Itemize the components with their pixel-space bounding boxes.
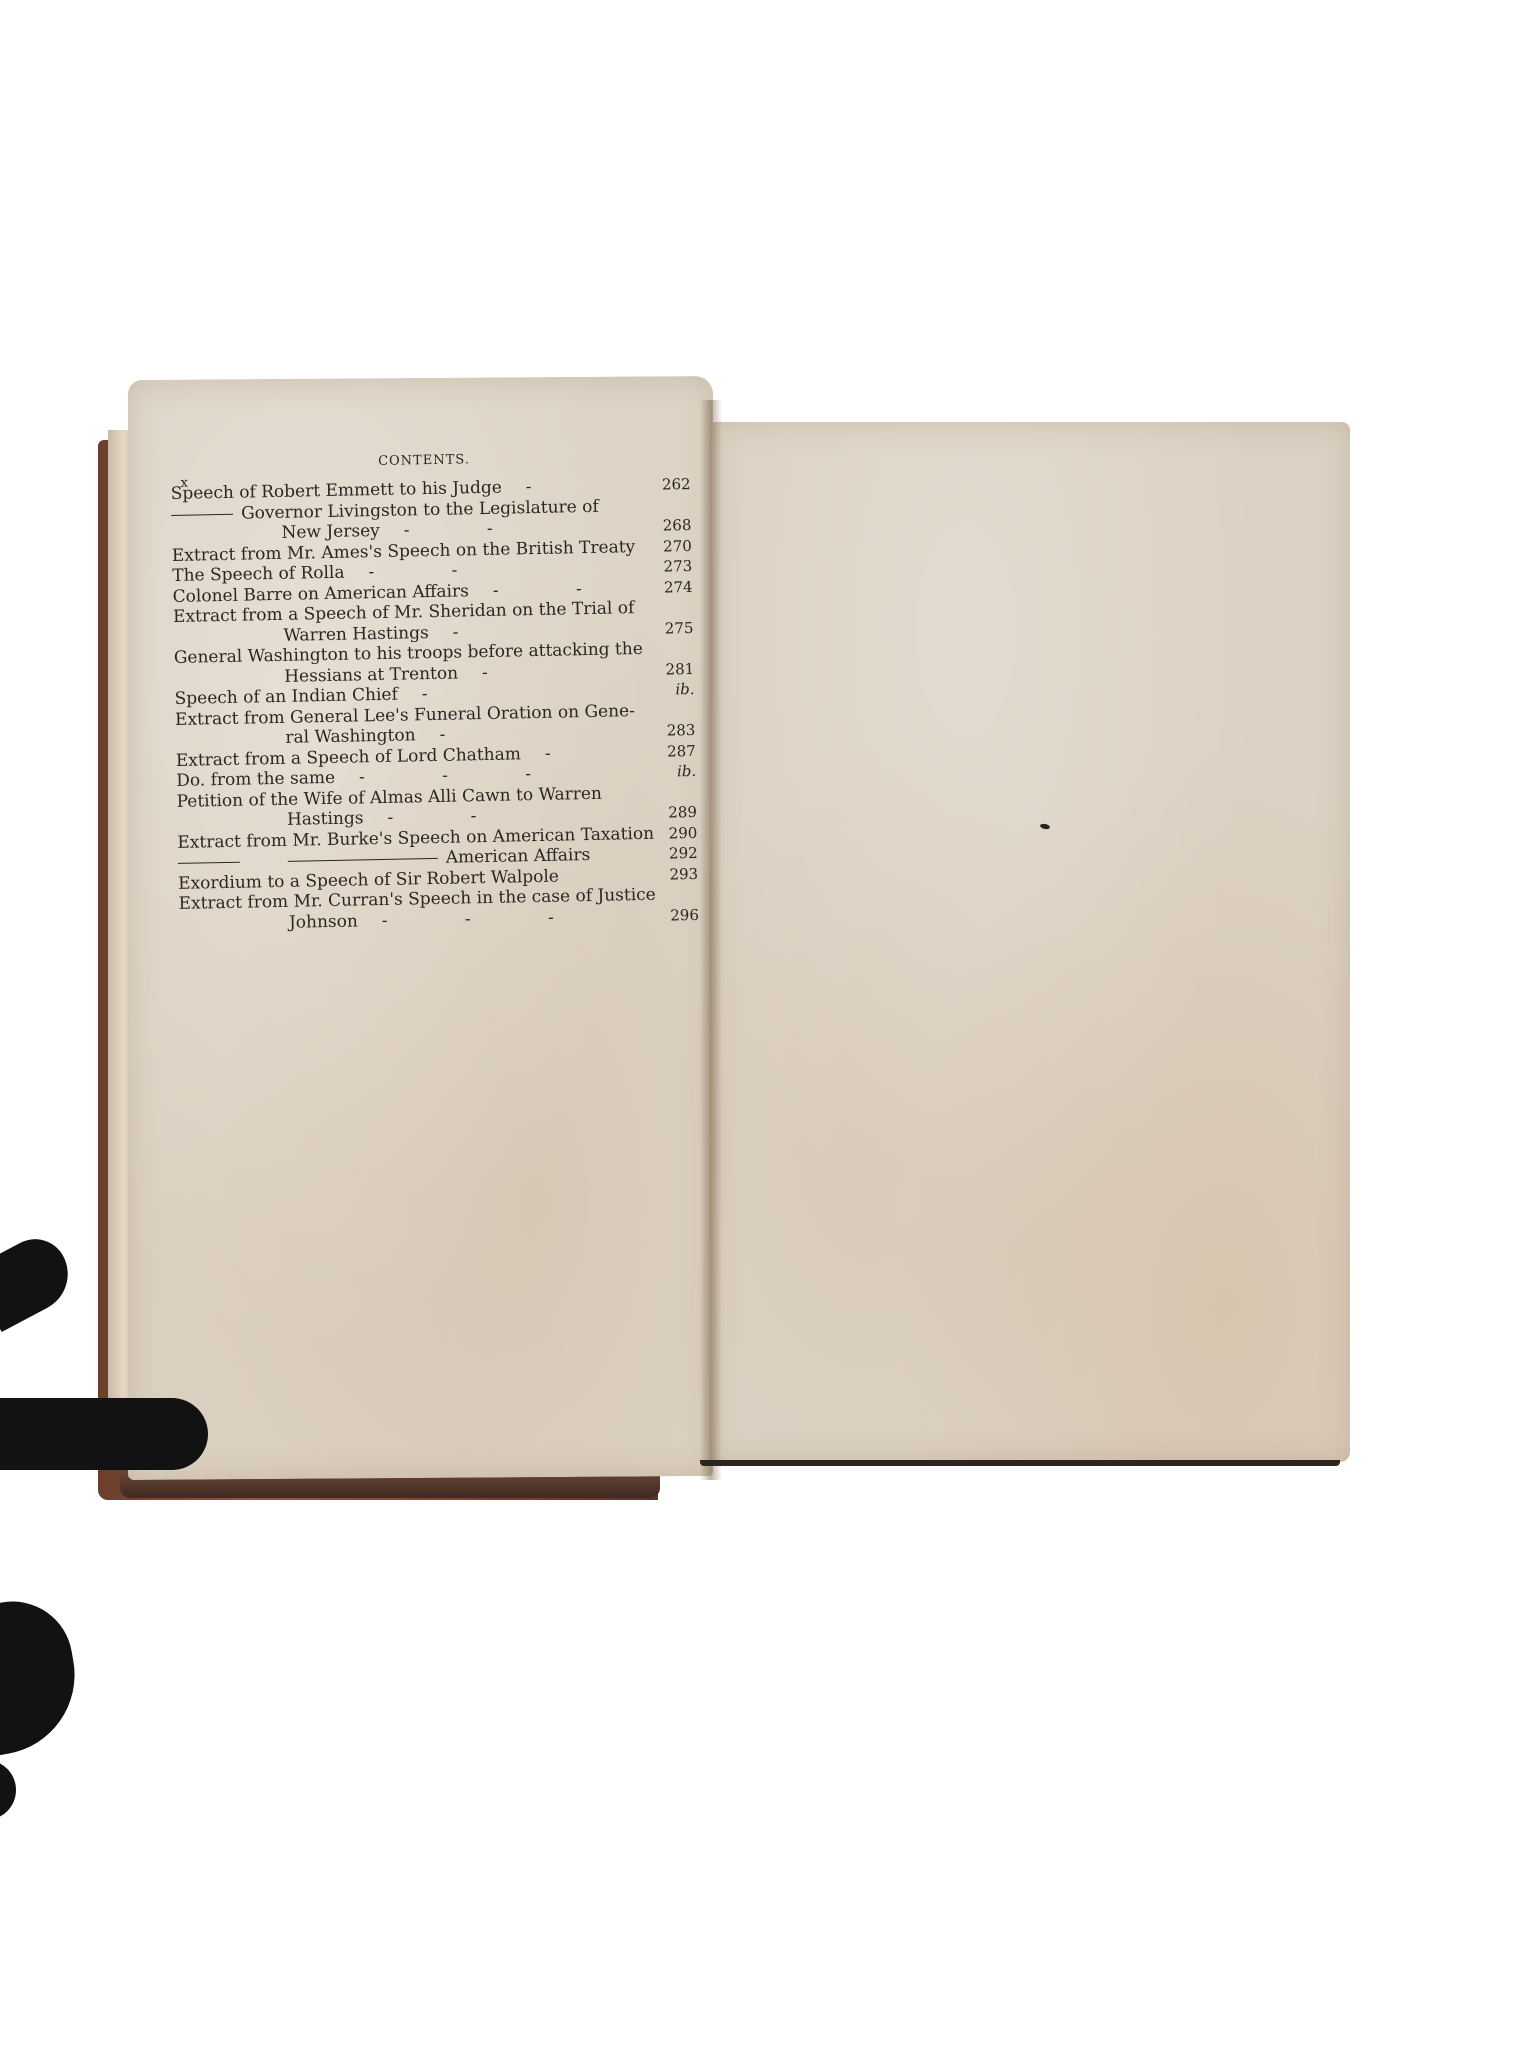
ditto-rule [171, 513, 233, 515]
page-number: 293 [658, 863, 698, 884]
page-number: 290 [657, 822, 697, 843]
page-number [654, 653, 694, 654]
book-photo: x CONTENTS. Speech of Robert Emmett to h… [0, 0, 1536, 2048]
page-number: 287 [656, 740, 696, 761]
page-number [657, 796, 697, 797]
gloved-finger [0, 1760, 16, 1820]
contents-list: x CONTENTS. Speech of Robert Emmett to h… [170, 446, 699, 935]
right-page-shadow [700, 1460, 1340, 1466]
page-number: 273 [652, 556, 692, 577]
book-gutter [700, 400, 722, 1480]
folio-number: x [180, 474, 188, 495]
page-number: ib. [656, 761, 696, 782]
page-number: 270 [652, 536, 692, 557]
page-number: 268 [651, 515, 691, 536]
ditto-rule [178, 862, 240, 864]
page-number: 275 [653, 617, 693, 638]
page-number: 262 [650, 474, 690, 495]
page-number [651, 510, 691, 511]
page-number: 281 [654, 658, 694, 679]
gloved-finger [0, 1398, 208, 1470]
ditto-rule [288, 858, 438, 862]
page-number: 274 [652, 576, 692, 597]
page-number [655, 714, 695, 715]
page-number: 289 [657, 802, 697, 823]
page-number: 296 [659, 904, 699, 925]
running-head: CONTENTS. [378, 450, 470, 472]
page-number: ib. [654, 679, 694, 700]
page-number: 292 [658, 843, 698, 864]
page-number [653, 612, 693, 613]
page-number [659, 899, 699, 900]
page-number: 283 [655, 720, 695, 741]
right-page [710, 422, 1350, 1462]
gloved-finger [0, 1228, 81, 1332]
gloved-finger [0, 1592, 87, 1758]
